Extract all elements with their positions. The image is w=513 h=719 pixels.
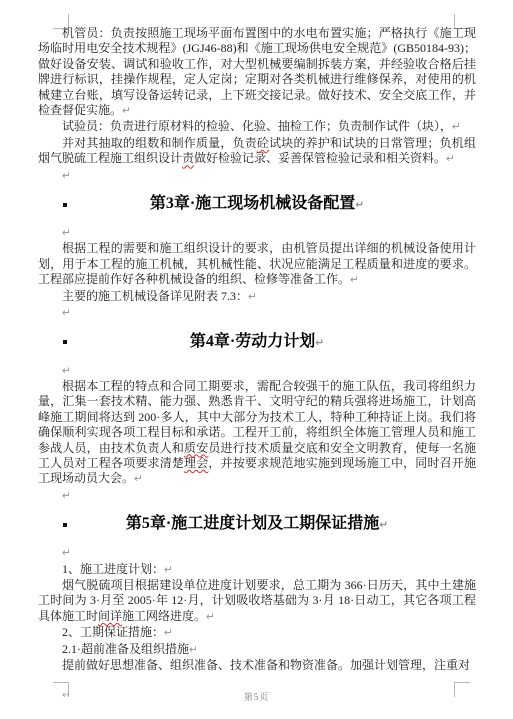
paragraph-mark: ↵ bbox=[62, 170, 71, 182]
document-page: 机管员：负责按照施工现场平面布置图中的水电布置实施；严格执行《施工现场临时用电安… bbox=[0, 0, 513, 719]
text-run: 主要的施工机械设备详见附表 7.3： bbox=[62, 289, 248, 303]
heading-text: 第3章·施工现场机械设备配置 bbox=[150, 195, 355, 212]
empty-line: ↵ bbox=[38, 168, 476, 184]
outline-bullet-icon bbox=[63, 523, 67, 527]
text-run: 试验员：负责进行原材料的检验、化验、抽检工作；负责制作试件（块）， bbox=[62, 119, 452, 133]
text-run: 提前做好思想准备、组织准备、技术准备和物资准备。加强计划管理，注重对 bbox=[62, 658, 470, 672]
paragraph: 根据工程的需要和施工组织设计的要求，由机管员提出详细的机械设备使用计划，用于本工… bbox=[38, 241, 476, 288]
paragraph-mark: ↵ bbox=[62, 307, 71, 319]
text-run: 根据工程的需要和施工组织设计的要求，由机管员提出详细的机械设备使用计划，用于本工… bbox=[38, 241, 476, 286]
chapter-heading: 第5章·施工进度计划及工期保证措施↵ bbox=[38, 513, 476, 536]
paragraph-mark: ↵ bbox=[164, 627, 173, 639]
paragraph-mark: ↵ bbox=[350, 274, 359, 286]
paragraph: 主要的施工机械设备详见附表 7.3：↵ bbox=[38, 289, 476, 305]
text-run: 2、工期保证措施： bbox=[62, 625, 164, 639]
paragraph-mark: ↵ bbox=[164, 564, 173, 576]
paragraph-mark: ↵ bbox=[446, 153, 455, 165]
text-run: 施工网络进度。 bbox=[122, 609, 206, 623]
paragraph: 1、施工进度计划：↵ bbox=[38, 562, 476, 578]
paragraph: 2、工期保证措施：↵ bbox=[38, 625, 476, 641]
chapter-heading: 第4章·劳动力计划↵ bbox=[38, 331, 476, 354]
paragraph-mark: ↵ bbox=[189, 644, 198, 656]
paragraph: 试验员：负责进行原材料的检验、化验、抽检工作；负责制作试件（块），↵ bbox=[38, 119, 476, 135]
paragraph-mark: ↵ bbox=[315, 337, 324, 349]
heading-text: 第4章·劳动力计划 bbox=[190, 333, 315, 350]
paragraph: 2.1·超前准备及组织措施↵ bbox=[38, 642, 476, 658]
text-run: 1、施工进度计划： bbox=[62, 562, 164, 576]
text-run: 做好检验记录、妥善保管检验记录和相关资料。 bbox=[194, 151, 446, 165]
text-run: 2.1·超前准备及组织措施 bbox=[62, 642, 189, 656]
paragraph-mark: ↵ bbox=[62, 227, 71, 239]
chapter-heading: 第3章·施工现场机械设备配置↵ bbox=[38, 193, 476, 216]
empty-line: ↵ bbox=[38, 488, 476, 504]
text-run: 机管员：负责按照施工现场平面布置图中的水电布置实施；严格执行《施工现场临时用电安… bbox=[38, 26, 476, 117]
paragraph-mark: ↵ bbox=[206, 611, 215, 623]
spellcheck-flagged-text: 砼 bbox=[257, 136, 269, 150]
spellcheck-flagged-text: 责 bbox=[182, 151, 194, 165]
paragraph: 并对其抽取的组数和制作质量，负责砼试块的养护和试块的日常管理；负机组烟气脱硫工程… bbox=[38, 136, 476, 168]
paragraph: 根据本工程的特点和合同工期要求，需配合较强干的施工队伍，我司将组织力量，汇集一套… bbox=[38, 379, 476, 488]
outline-bullet-icon bbox=[63, 203, 67, 207]
paragraph-mark: ↵ bbox=[62, 547, 71, 559]
empty-line: ↵ bbox=[38, 305, 476, 321]
empty-line: ↵ bbox=[38, 363, 476, 379]
paragraph-mark: ↵ bbox=[134, 473, 143, 485]
text-run: 并对其抽取的组数和制作质量，负责 bbox=[62, 136, 257, 150]
spellcheck-flagged-text: 间详 bbox=[98, 609, 122, 623]
paragraph-mark: ↵ bbox=[248, 291, 257, 303]
heading-text: 第5章·施工进度计划及工期保证措施 bbox=[126, 515, 379, 532]
page-number-footer: 第5页 bbox=[0, 690, 513, 703]
paragraph-mark: ↵ bbox=[379, 519, 388, 531]
paragraph-mark: ↵ bbox=[62, 365, 71, 377]
paragraph-mark: ↵ bbox=[122, 105, 131, 117]
empty-line: ↵ bbox=[38, 545, 476, 561]
text-body: 机管员：负责按照施工现场平面布置图中的水电布置实施；严格执行《施工现场临时用电安… bbox=[38, 26, 476, 673]
paragraph-mark: ↵ bbox=[452, 121, 461, 133]
spellcheck-flagged-text: 理会 bbox=[184, 456, 208, 470]
outline-bullet-icon bbox=[63, 340, 67, 344]
paragraph-mark: ↵ bbox=[355, 199, 364, 211]
paragraph-mark: ↵ bbox=[62, 490, 71, 502]
spellcheck-flagged-text: 质安 bbox=[184, 441, 208, 455]
paragraph: 烟气脱硫项目根据建设单位进度计划要求，总工期为 366·日历天，其中土建施工时间… bbox=[38, 578, 476, 625]
paragraph: 机管员：负责按照施工现场平面布置图中的水电布置实施；严格执行《施工现场临时用电安… bbox=[38, 26, 476, 119]
empty-line: ↵ bbox=[38, 225, 476, 241]
paragraph: 提前做好思想准备、组织准备、技术准备和物资准备。加强计划管理，注重对 bbox=[38, 658, 476, 673]
